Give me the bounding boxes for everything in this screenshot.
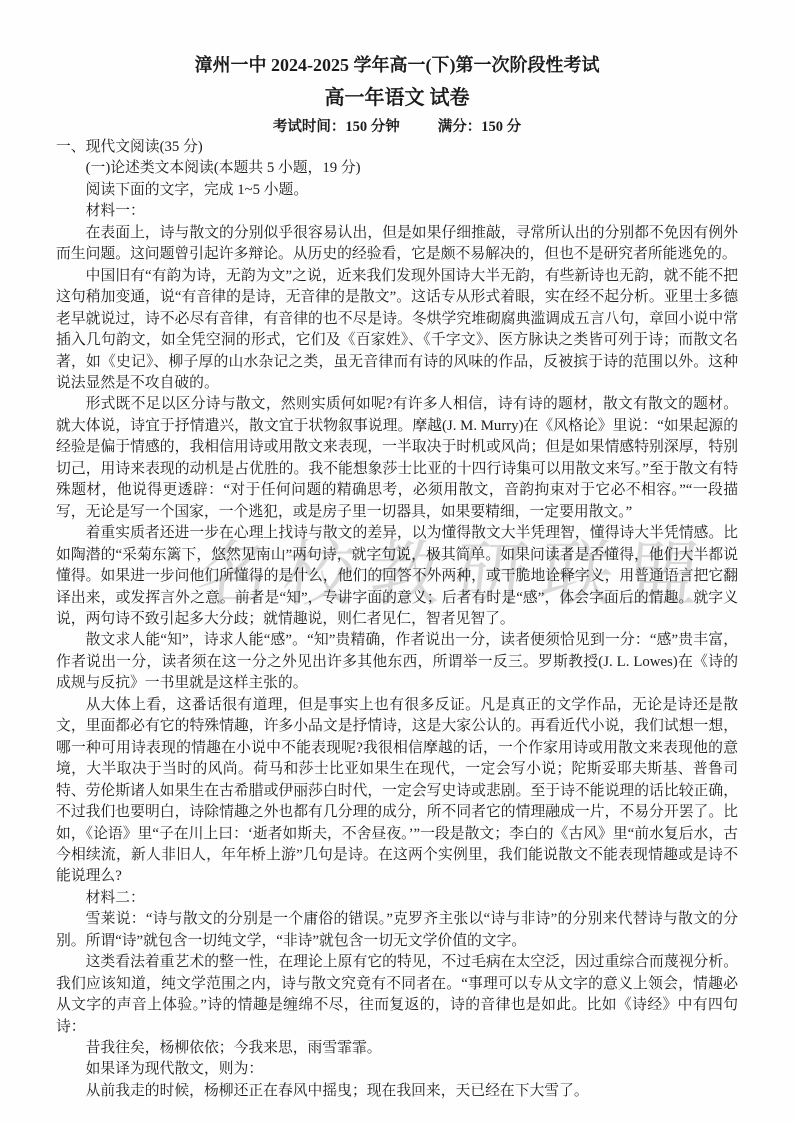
subsection-heading: (一)论述类文本阅读(本题共 5 小题，19 分) [56, 158, 738, 179]
page-header: 漳州一中 2024-2025 学年高一(下)第一次阶段性考试 高一年语文 试卷 … [0, 0, 794, 138]
material-1-paragraph: 从大体上看，这番话很有道理，但是事实上也有很多反证。凡是真正的文学作品，无论是诗… [56, 695, 738, 888]
reading-instruction: 阅读下面的文字，完成 1~5 小题。 [56, 180, 738, 201]
material-2-paragraph: 这类看法着重艺术的整一性，在理论上原有它的特见，不过毛病在太空泛，因过重综合而蔑… [56, 952, 738, 1038]
exam-info: 考试时间：150 分钟满分：150 分 [0, 116, 794, 138]
section-heading: 一、现代文阅读(35 分) [56, 137, 738, 158]
prose-translation: 从前我走的时候，杨柳还正在春风中摇曳；现在我回来，天已经在下大雪了。 [56, 1081, 738, 1102]
exam-duration: 考试时间：150 分钟 [273, 119, 400, 135]
exam-title: 漳州一中 2024-2025 学年高一(下)第一次阶段性考试 [0, 53, 794, 77]
material-2-paragraph: 雪莱说：“诗与散文的分别是一个庸俗的错误。”克罗齐主张以“诗与非诗”的分别来代替… [56, 909, 738, 952]
material-1-label: 材料一： [56, 201, 738, 222]
translation-intro: 如果译为现代散文，则为： [56, 1059, 738, 1080]
material-1-paragraph: 着重实质者还进一步在心理上找诗与散文的差异，以为懂得散文大半凭理智，懂得诗大半凭… [56, 523, 738, 630]
material-1-paragraph: 散文求人能“知”，诗求人能“感”。“知”贵精确，作者说出一分，读者便须恰见到一分… [56, 630, 738, 694]
material-1-paragraph: 形式既不足以区分诗与散文，然则实质何如呢?有许多人相信，诗有诗的题材，散文有散文… [56, 394, 738, 523]
exam-body: 一、现代文阅读(35 分) (一)论述类文本阅读(本题共 5 小题，19 分) … [56, 137, 738, 1102]
material-2-label: 材料二： [56, 888, 738, 909]
exam-total-score: 满分：150 分 [438, 119, 521, 135]
material-1-paragraph: 在表面上，诗与散文的分别似乎很容易认出，但是如果仔细推敲，寻常所认出的分别都不免… [56, 223, 738, 266]
exam-page: 名校教研联盟 漳州一中 2024-2025 学年高一(下)第一次阶段性考试 高一… [0, 0, 794, 1122]
poem-line: 昔我往矣，杨柳依依；今我来思，雨雪霏霏。 [56, 1038, 738, 1059]
material-1-paragraph: 中国旧有“有韵为诗，无韵为文”之说，近来我们发现外国诗大半无韵，有些新诗也无韵，… [56, 266, 738, 395]
exam-subtitle: 高一年语文 试卷 [0, 84, 794, 112]
